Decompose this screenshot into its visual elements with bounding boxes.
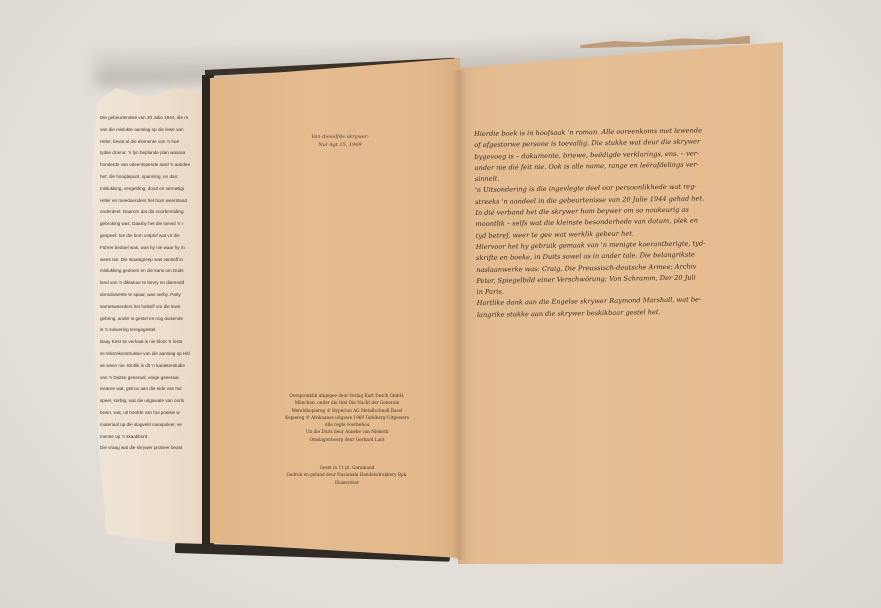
jacket-line: van 'n Duitse generaal, enige generaal (100, 372, 212, 384)
jacket-line: tydse drama: 'n fyn beplande plan waaraa (100, 147, 212, 159)
imprint-line: Wereldkopiereg © Hyperion AG Metallschne… (272, 407, 422, 414)
jacket-line: onderdeel. Daarom dat die voorbereiding (100, 206, 212, 218)
jacket-line: Führer bedoel was, was hy nie waar hy m (100, 242, 212, 254)
jacket-line: het; die hoogtepunt, spanning, en dan: (100, 171, 212, 183)
jacket-line: Hitler en meedoenders het hom weerstand (100, 195, 212, 207)
jacket-line: materiaal op die slagveld manipuleer, se (100, 419, 212, 431)
jacket-line: gebroking was. Daarby het die toeval 'n … (100, 218, 212, 230)
copyright-imprint: Oorspronklik uitgegee deur Verlag Kurt D… (272, 392, 422, 443)
jacket-line: Die vraag wat die skrywer probeer beant (100, 442, 212, 452)
imprint-line: München, onder die titel Die Nacht der G… (272, 399, 422, 406)
also-by-heading: Van dieselfde skrywer: (285, 133, 395, 141)
also-by-title: Nul Agt 15, 1969 (285, 141, 395, 149)
printer-info: Geset in 11 pt. Garamond Gedruk en gebin… (272, 464, 422, 486)
also-by-author: Van dieselfde skrywer: Nul Agt 15, 1969 (285, 133, 395, 149)
jacket-line: speel, sorbig, wat die uitgawate van oor… (100, 395, 212, 407)
printer-line: Geset in 11 pt. Garamond (272, 464, 422, 471)
imprint-line: Kopiereg © Afrikaanse uitgawe 1969 Tafel… (272, 414, 422, 421)
jacket-line: samesweerders het hulself om die lewe (100, 301, 212, 313)
photo-scene: Die gebeurtenisse van 20 Julie 1944, die… (0, 0, 881, 608)
jacket-line: Die gebeurtenisse van 20 Julie 1944, die… (100, 112, 212, 124)
jacket-line: honderde van uiteenlopende aard 'n aande… (100, 159, 212, 171)
imprint-line: Alle regte voorbehou (272, 421, 422, 428)
jacket-line: is 'n sulwering teregogestel. (100, 324, 212, 336)
printer-line: Elsiesrivier (272, 479, 422, 486)
jacket-line: land van 'n diktatuur te bevry en dieren… (100, 277, 212, 289)
jacket-line: donsdoweste te spaar, was verby. Party (100, 289, 212, 301)
jacket-line: mense op 'n skaakbord. (100, 431, 212, 443)
jacket-line: Baay Kirst se verhaal is nie bloot 'n hi… (100, 336, 212, 348)
printer-line: Gedruk en gebind deur Nasionale Handelsd… (272, 471, 422, 478)
jacket-line: wees nie. Die staatsgreep was vanself in (100, 254, 212, 266)
author-note: Hierdie boek is in hoofsaak 'n roman. Al… (474, 125, 762, 321)
jacket-line: gespeel: toe die bom ontplof wat vir die (100, 230, 212, 242)
jacket-line: gebring, ander is gestel en nog duisende (100, 313, 212, 325)
jacket-line: van die mislukte aanslag op die lewe van (100, 124, 212, 136)
imprint-line: Oorspronklik uitgegee deur Verlag Kurt D… (272, 392, 422, 399)
dust-jacket-blurb: Die gebeurtenisse van 20 Julie 1944, die… (100, 112, 212, 452)
jacket-line: se teksrekonstruksie van die aanslag op … (100, 348, 212, 360)
jacket-line: mislukking gedoem en die kans om Duits (100, 265, 212, 277)
jacket-line: mislukking, vergelding, dood en vernieti… (100, 183, 212, 195)
jacket-line: ewaree wat, getrou aan die eide van hul (100, 383, 212, 395)
imprint-line: Omslagontwerp deur Gerhard Lant (272, 436, 422, 443)
imprint-line: Uit die Duits deur Anneke van Niekerk (272, 428, 422, 435)
jacket-line: as ween nie. Eintlik is dit 'n karakters… (100, 360, 212, 372)
jacket-line: besin, wat, uit hoofde van hul posisie w (100, 407, 212, 419)
jacket-line: Hitler, bevat al die elemente van 'n hoë (100, 136, 212, 148)
book-gutter (452, 70, 466, 560)
